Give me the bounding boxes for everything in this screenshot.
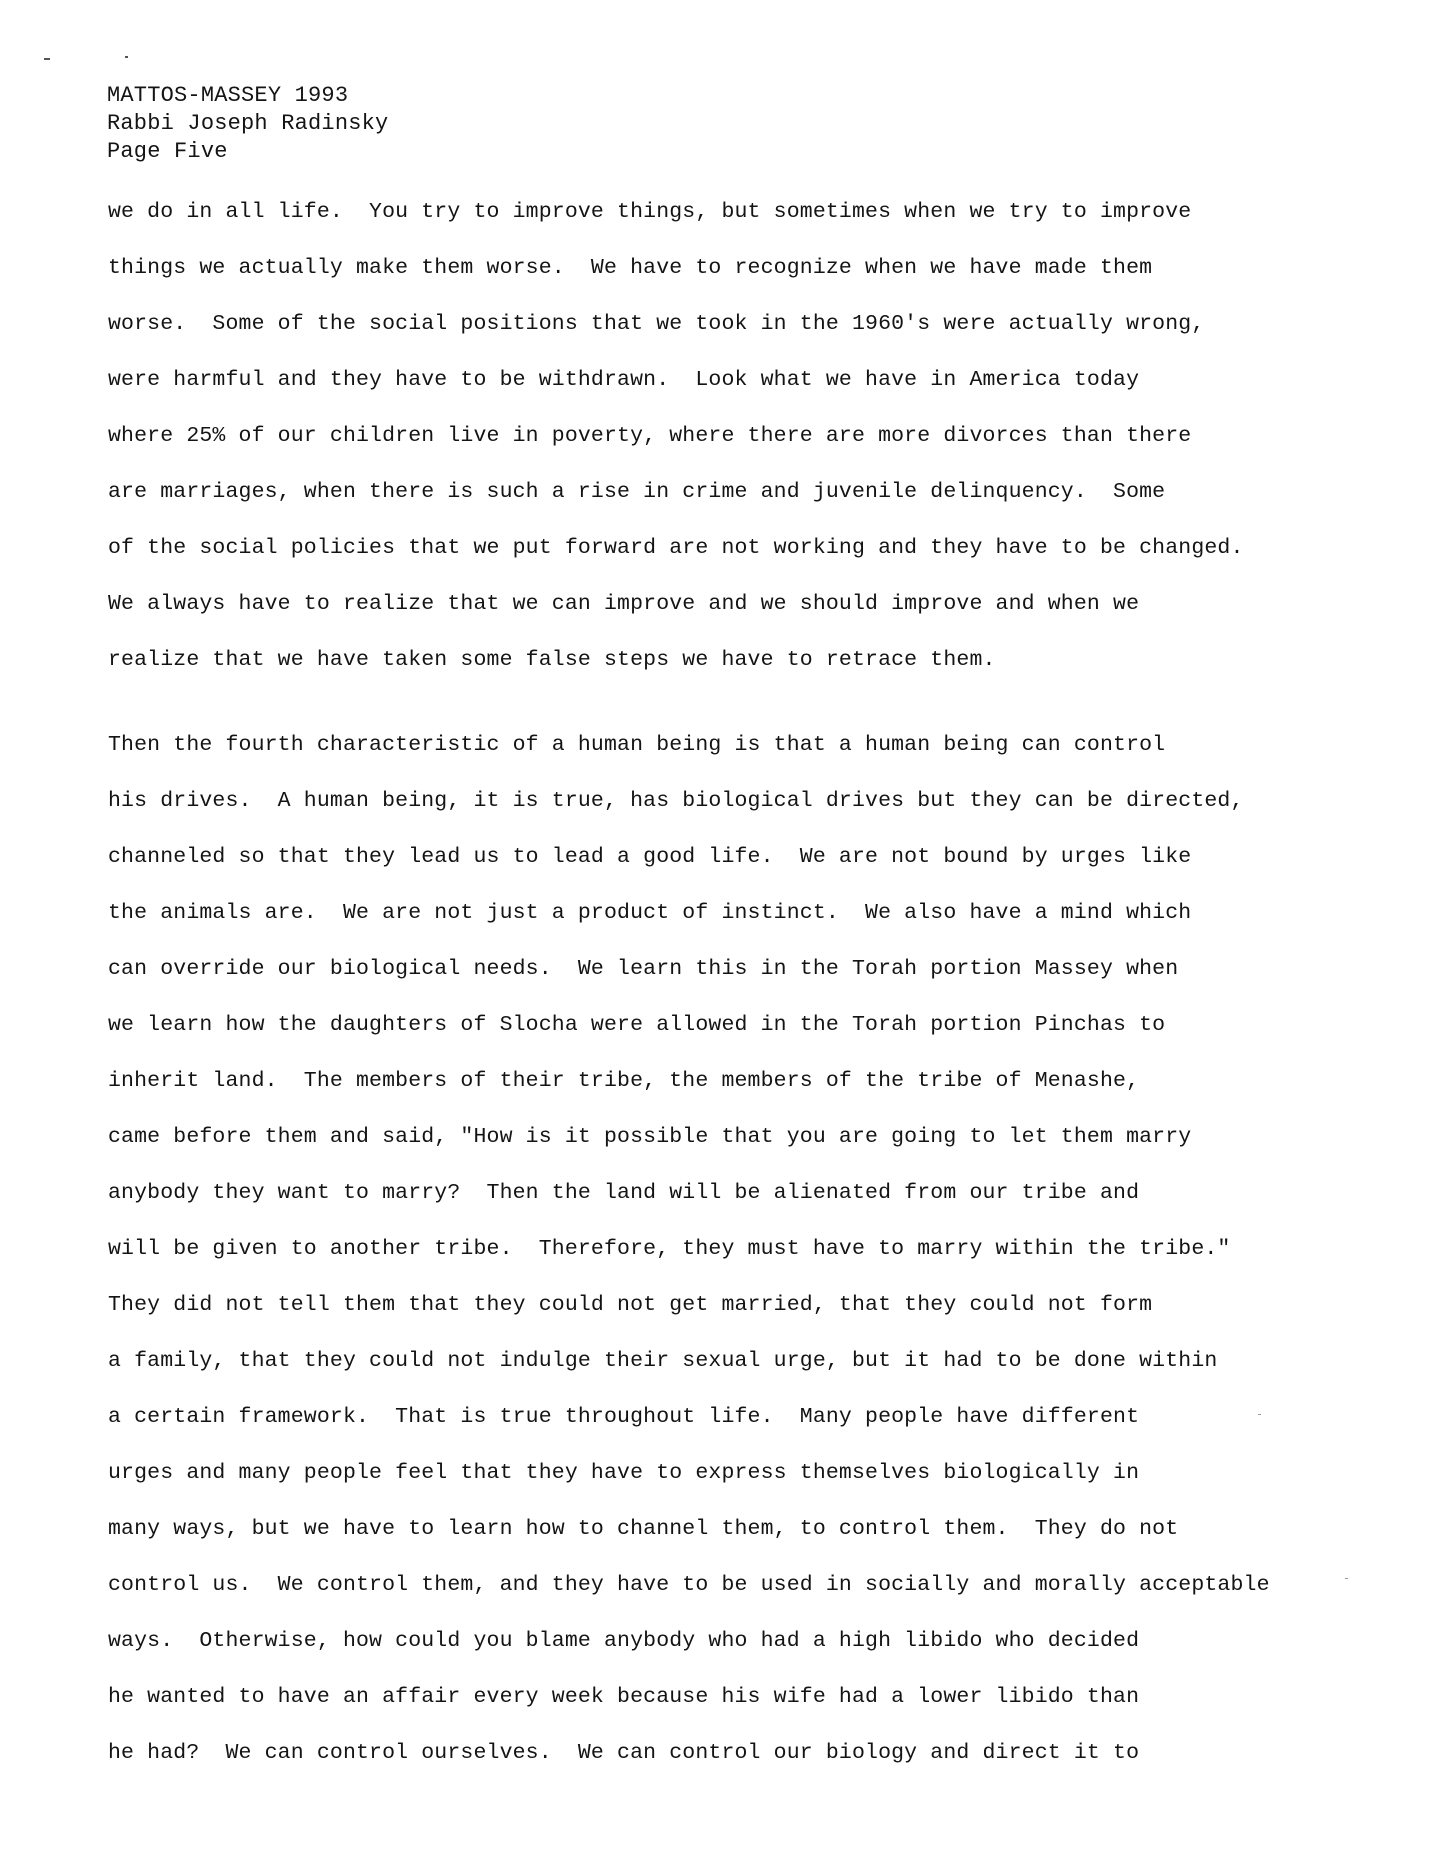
scan-artifact xyxy=(1345,1578,1348,1579)
document-page: MATTOS-MASSEY 1993 Rabbi Joseph Radinsky… xyxy=(0,0,1430,1851)
text-line: a family, that they could not indulge th… xyxy=(108,1349,1217,1373)
text-line: many ways, but we have to learn how to c… xyxy=(108,1517,1178,1541)
text-line: control us. We control them, and they ha… xyxy=(108,1573,1270,1597)
text-line: where 25% of our children live in povert… xyxy=(108,424,1191,448)
text-line: of the social policies that we put forwa… xyxy=(108,536,1244,560)
scan-artifact xyxy=(1258,1414,1261,1415)
text-line: were harmful and they have to be withdra… xyxy=(108,368,1139,392)
text-line: channeled so that they lead us to lead a… xyxy=(108,845,1191,869)
text-line: he wanted to have an affair every week b… xyxy=(108,1685,1139,1709)
text-line: will be given to another tribe. Therefor… xyxy=(108,1237,1230,1261)
text-line: are marriages, when there is such a rise… xyxy=(108,480,1165,504)
page-label: Page Five xyxy=(107,138,388,166)
text-line: We always have to realize that we can im… xyxy=(108,592,1139,616)
text-line: we learn how the daughters of Slocha wer… xyxy=(108,1013,1165,1037)
document-author: Rabbi Joseph Radinsky xyxy=(107,110,388,138)
text-line: realize that we have taken some false st… xyxy=(108,648,996,672)
text-line: ways. Otherwise, how could you blame any… xyxy=(108,1629,1139,1653)
text-line: his drives. A human being, it is true, h… xyxy=(108,789,1244,813)
text-line: he had? We can control ourselves. We can… xyxy=(108,1741,1139,1765)
text-line: Then the fourth characteristic of a huma… xyxy=(108,733,1165,757)
text-line: the animals are. We are not just a produ… xyxy=(108,901,1191,925)
document-header: MATTOS-MASSEY 1993 Rabbi Joseph Radinsky… xyxy=(107,82,388,166)
text-line: urges and many people feel that they hav… xyxy=(108,1461,1139,1485)
scan-artifact xyxy=(125,56,128,58)
text-line: can override our biological needs. We le… xyxy=(108,957,1178,981)
document-title: MATTOS-MASSEY 1993 xyxy=(107,82,388,110)
text-line: anybody they want to marry? Then the lan… xyxy=(108,1181,1139,1205)
text-line: a certain framework. That is true throug… xyxy=(108,1405,1139,1429)
text-line: came before them and said, "How is it po… xyxy=(108,1125,1191,1149)
text-line: They did not tell them that they could n… xyxy=(108,1293,1152,1317)
text-line: inherit land. The members of their tribe… xyxy=(108,1069,1139,1093)
text-line: we do in all life. You try to improve th… xyxy=(108,200,1191,224)
text-line: worse. Some of the social positions that… xyxy=(108,312,1204,336)
text-line: things we actually make them worse. We h… xyxy=(108,256,1152,280)
scan-artifact xyxy=(44,58,50,60)
